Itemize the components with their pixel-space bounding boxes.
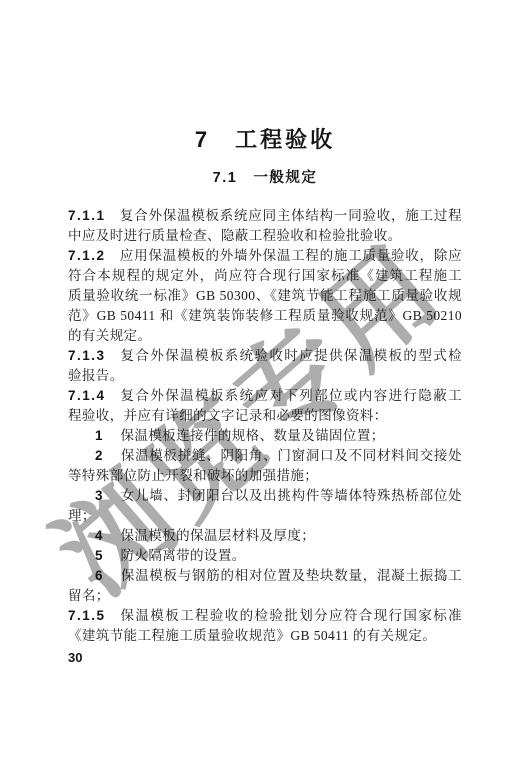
text-line: 的有关规定。 — [68, 326, 462, 346]
clause-line: 7.1.1复合外保温模板系统应同主体结构一同验收，施工过程 — [68, 206, 462, 226]
clause-line: 7.1.3复合外保温模板系统验收时应提供保温模板的型式检 — [68, 346, 462, 366]
text-line: 验报告。 — [68, 366, 462, 386]
list-item-line: 6保温模板与钢筋的相对位置及垫块数量，混凝土振捣工 — [68, 566, 462, 586]
item-number: 2 — [95, 448, 103, 463]
document-page: 浏览专用 7 工程验收 7.1 一般规定 7.1.1复合外保温模板系统应同主体结… — [0, 0, 529, 767]
list-item-line: 3女儿墙、封闭阳台以及出挑构件等墙体特殊热桥部位处 — [68, 486, 462, 506]
list-item-line: 5防火隔离带的设置。 — [68, 546, 462, 566]
list-item-line: 1保温模板连接件的规格、数量及锚固位置； — [68, 426, 462, 446]
clause-line: 7.1.5保温模板工程验收的检验批划分应符合现行国家标准 — [68, 606, 462, 626]
clause-number: 7.1.4 — [68, 388, 106, 403]
text-line: 等特殊部位防止开裂和破坏的加强措施； — [68, 466, 462, 486]
text-line: 质量验收统一标准》GB 50300、《建筑节能工程施工质量验收规 — [68, 286, 462, 306]
text-line: 理； — [68, 506, 462, 526]
clause-number: 7.1.3 — [68, 348, 106, 363]
page-content: 7 工程验收 7.1 一般规定 7.1.1复合外保温模板系统应同主体结构一同验收… — [68, 0, 462, 646]
item-number: 6 — [95, 568, 103, 583]
list-item-line: 4保温模板的保温层材料及厚度； — [68, 526, 462, 546]
text-line: 范》GB 50411 和《建筑装饰装修工程质量验收规范》GB 50210 — [68, 306, 462, 326]
chapter-heading: 7 工程验收 — [68, 128, 462, 152]
text-line: 中应及时进行质量检查、隐蔽工程验收和检验批验收。 — [68, 226, 462, 246]
clause-number: 7.1.2 — [68, 248, 106, 263]
page-number: 30 — [68, 650, 82, 665]
clause-number: 7.1.5 — [68, 608, 106, 623]
item-number: 4 — [95, 528, 103, 543]
clause-line: 7.1.2应用保温模板的外墙外保温工程的施工质量验收，除应 — [68, 246, 462, 266]
text-line: 留名； — [68, 586, 462, 606]
text-line: 《建筑节能工程施工质量验收规范》GB 50411 的有关规定。 — [68, 626, 462, 646]
text-line: 程验收，并应有详细的文字记录和必要的图像资料： — [68, 406, 462, 426]
item-number: 1 — [95, 428, 103, 443]
body-lines: 7.1.1复合外保温模板系统应同主体结构一同验收，施工过程中应及时进行质量检查、… — [68, 206, 462, 646]
item-number: 3 — [95, 488, 103, 503]
clause-number: 7.1.1 — [68, 208, 106, 223]
item-number: 5 — [95, 548, 103, 563]
list-item-line: 2保温模板拼缝、阴阳角、门窗洞口及不同材料间交接处 — [68, 446, 462, 466]
clause-line: 7.1.4复合外保温模板系统应对下列部位或内容进行隐蔽工 — [68, 386, 462, 406]
section-heading: 7.1 一般规定 — [68, 170, 462, 186]
text-line: 符合本规程的规定外，尚应符合现行国家标准《建筑工程施工 — [68, 266, 462, 286]
